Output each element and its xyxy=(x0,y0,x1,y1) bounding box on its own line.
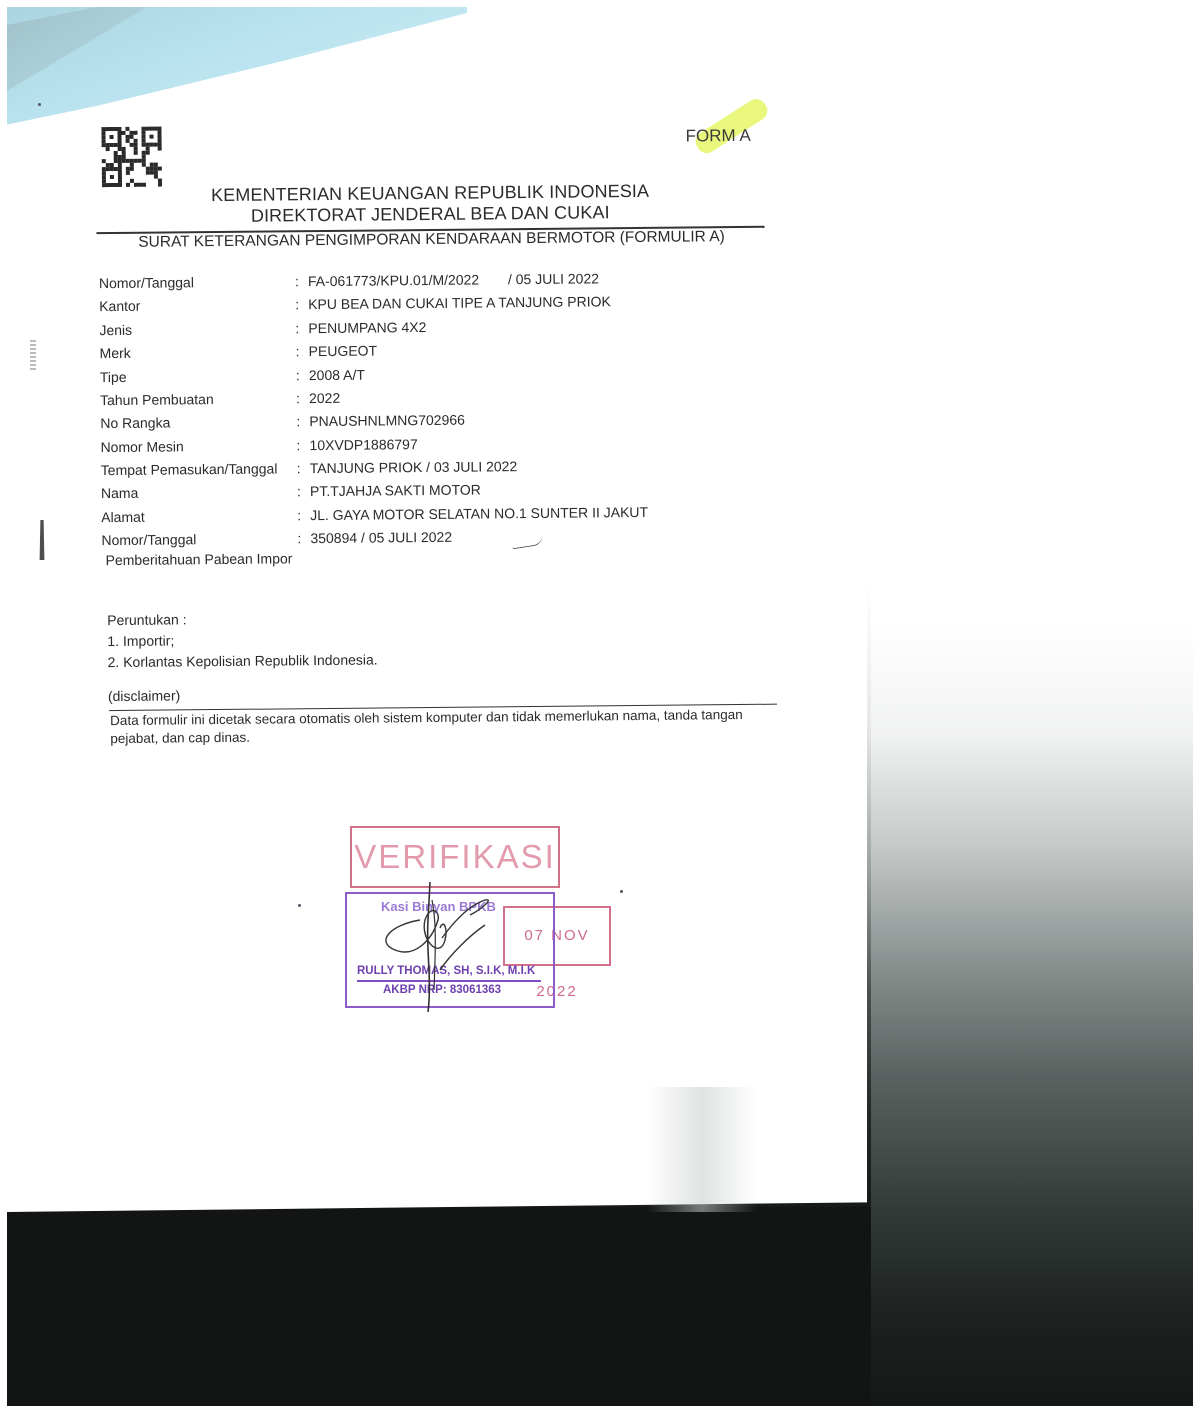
field-colon: : xyxy=(296,343,300,359)
field-label: Tahun Pembuatan xyxy=(100,391,214,408)
field-colon: : xyxy=(297,483,301,499)
field-colon: : xyxy=(295,296,299,312)
field-value: FA-061773/KPU.01/M/2022 xyxy=(308,272,479,290)
field-value: PNAUSHNLMNG702966 xyxy=(309,412,465,429)
scan-speck xyxy=(298,904,301,907)
field-value: 2008 A/T xyxy=(309,367,365,384)
signature xyxy=(370,880,510,1020)
field-list: Nomor/Tanggal:FA-061773/KPU.01/M/2022/ 0… xyxy=(0,0,1194,4)
field-label: Nama xyxy=(101,485,139,501)
field-value: JL. GAYA MOTOR SELATAN NO.1 SUNTER II JA… xyxy=(310,504,648,523)
directorate-heading: DIREKTORAT JENDERAL BEA DAN CUKAI xyxy=(130,201,730,228)
verification-stamp: VERIFIKASI xyxy=(350,826,560,888)
peruntukan-item: 2. Korlantas Kepolisian Republik Indones… xyxy=(108,652,378,671)
field-value: 350894 / 05 JULI 2022 xyxy=(310,529,452,546)
field-colon: : xyxy=(297,460,301,476)
peruntukan-heading: Peruntukan : xyxy=(107,611,187,628)
qr-code-icon xyxy=(101,127,162,188)
scan-speck xyxy=(38,103,41,106)
field-value: PEUGEOT xyxy=(309,342,378,359)
field-colon: : xyxy=(297,507,301,523)
field-colon: : xyxy=(296,437,300,453)
pencil-mark xyxy=(511,534,544,550)
form-document: FORM A KEMENTERIAN KEUANGAN REPUBLIK IND… xyxy=(0,0,1200,1413)
field-label: Jenis xyxy=(99,322,132,338)
field-colon: : xyxy=(297,530,301,546)
field-label: Merk xyxy=(100,345,131,361)
field-value: PENUMPANG 4X2 xyxy=(308,319,426,336)
peruntukan-item: 1. Importir; xyxy=(107,632,174,649)
field-label: Nomor/Tanggal xyxy=(101,531,196,548)
field-label: Kantor xyxy=(99,298,140,314)
field-label: Nomor Mesin xyxy=(100,438,183,455)
field-label: Tipe xyxy=(100,369,127,385)
field-label: Nomor/Tanggal xyxy=(99,274,194,291)
field-colon: : xyxy=(295,273,299,289)
field-value: 2022 xyxy=(309,390,340,406)
field-value: TANJUNG PRIOK / 03 JULI 2022 xyxy=(310,458,518,476)
field-label: No Rangka xyxy=(100,414,170,431)
field-label-continuation: Pemberitahuan Pabean Impor xyxy=(106,550,293,568)
scan-speck xyxy=(620,890,623,893)
field-colon: : xyxy=(295,320,299,336)
field-value: KPU BEA DAN CUKAI TIPE A TANJUNG PRIOK xyxy=(308,293,611,312)
field-colon: : xyxy=(296,367,300,383)
form-label: FORM A xyxy=(685,126,750,147)
field-label: Alamat xyxy=(101,509,145,525)
field-value: PT.TJAHJA SAKTI MOTOR xyxy=(310,482,481,500)
disclaimer-heading: (disclaimer) xyxy=(108,687,180,704)
field-value-date: / 05 JULI 2022 xyxy=(508,270,599,287)
field-label: Tempat Pemasukan/Tanggal xyxy=(101,460,278,478)
field-value: 10XVDP1886797 xyxy=(309,436,417,453)
field-colon: : xyxy=(296,390,300,406)
disclaimer-text: Data formulir ini dicetak secara otomati… xyxy=(110,706,770,748)
field-colon: : xyxy=(296,413,300,429)
